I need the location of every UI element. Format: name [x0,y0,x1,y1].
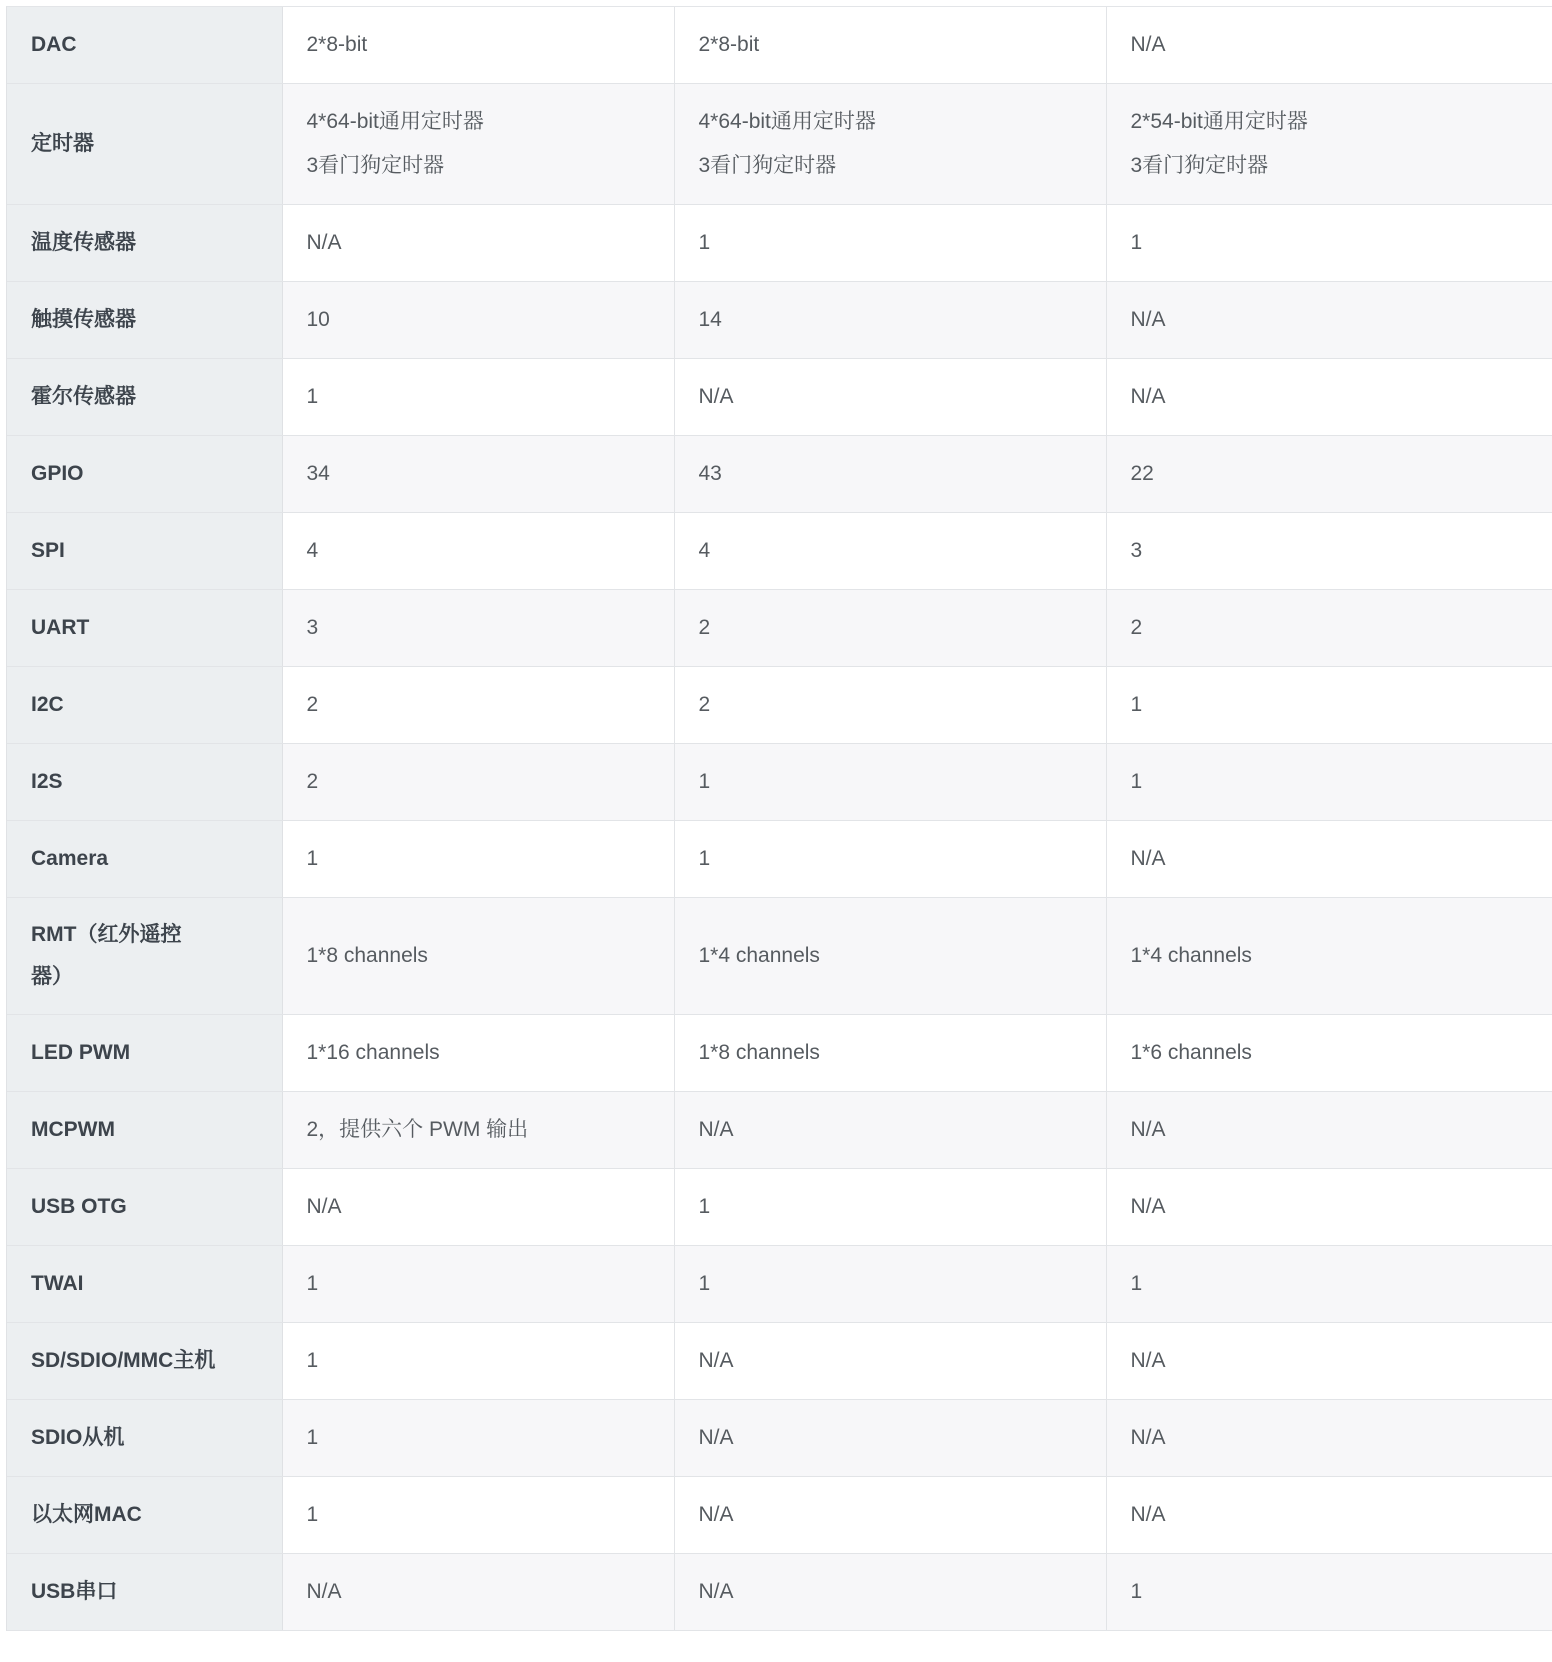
value-cell: 2 [282,667,674,744]
value-cell: N/A [282,1554,674,1631]
value-cell: 2*8-bit [674,7,1106,84]
feature-cell: UART [7,590,282,667]
value-cell: 14 [674,282,1106,359]
value-cell: 4*64-bit通用定时器 3看门狗定时器 [282,84,674,205]
table-row: LED PWM 1*16 channels 1*8 channels 1*6 c… [7,1015,1552,1092]
table-row: UART 3 2 2 [7,590,1552,667]
value-cell: 1 [674,821,1106,898]
table-row: DAC 2*8-bit 2*8-bit N/A [7,7,1552,84]
table-row: Camera 1 1 N/A [7,821,1552,898]
value-cell: 1 [674,1169,1106,1246]
value-cell: 1 [674,1246,1106,1323]
value-cell: 4*64-bit通用定时器 3看门狗定时器 [674,84,1106,205]
value-cell: N/A [674,359,1106,436]
feature-cell: 以太网MAC [7,1477,282,1554]
value-cell: 2*8-bit [282,7,674,84]
value-cell: 2 [282,744,674,821]
table-row: 以太网MAC 1 N/A N/A [7,1477,1552,1554]
value-cell: 1 [674,744,1106,821]
value-cell: N/A [674,1400,1106,1477]
table-row: RMT（红外遥控 器） 1*8 channels 1*4 channels 1*… [7,898,1552,1015]
table-row: SPI 4 4 3 [7,513,1552,590]
value-cell: 1*4 channels [1106,898,1552,1015]
table-row: USB OTG N/A 1 N/A [7,1169,1552,1246]
feature-cell: Camera [7,821,282,898]
value-cell: 2 [674,590,1106,667]
table-row: 触摸传感器 10 14 N/A [7,282,1552,359]
feature-cell: GPIO [7,436,282,513]
feature-cell: RMT（红外遥控 器） [7,898,282,1015]
feature-cell: USB OTG [7,1169,282,1246]
table-row: TWAI 1 1 1 [7,1246,1552,1323]
value-cell: 1 [282,1323,674,1400]
table-row: SDIO从机 1 N/A N/A [7,1400,1552,1477]
spec-table-container: DAC 2*8-bit 2*8-bit N/A 定时器 4*64-bit通用定时… [6,6,1552,1631]
feature-cell: LED PWM [7,1015,282,1092]
value-cell: 1*6 channels [1106,1015,1552,1092]
value-cell: N/A [1106,1323,1552,1400]
value-cell: N/A [1106,359,1552,436]
value-cell: 1 [282,359,674,436]
feature-cell: SPI [7,513,282,590]
table-row: I2C 2 2 1 [7,667,1552,744]
table-row: I2S 2 1 1 [7,744,1552,821]
value-cell: N/A [1106,1477,1552,1554]
value-cell: N/A [1106,7,1552,84]
value-cell: 3 [282,590,674,667]
table-row: GPIO 34 43 22 [7,436,1552,513]
value-cell: 1 [1106,744,1552,821]
value-cell: N/A [674,1323,1106,1400]
table-row: SD/SDIO/MMC主机 1 N/A N/A [7,1323,1552,1400]
value-cell: 1 [1106,205,1552,282]
feature-cell: 霍尔传感器 [7,359,282,436]
value-cell: N/A [1106,821,1552,898]
value-cell: 22 [1106,436,1552,513]
value-cell: N/A [674,1554,1106,1631]
table-row: 定时器 4*64-bit通用定时器 3看门狗定时器 4*64-bit通用定时器 … [7,84,1552,205]
value-cell: N/A [282,205,674,282]
value-cell: 2 [1106,590,1552,667]
value-cell: N/A [674,1092,1106,1169]
value-cell: 10 [282,282,674,359]
table-row: MCPWM 2，提供六个 PWM 输出 N/A N/A [7,1092,1552,1169]
feature-cell: SD/SDIO/MMC主机 [7,1323,282,1400]
value-cell: 1 [282,1477,674,1554]
value-cell: 1 [282,1400,674,1477]
feature-cell: 温度传感器 [7,205,282,282]
value-cell: 2，提供六个 PWM 输出 [282,1092,674,1169]
table-row: 温度传感器 N/A 1 1 [7,205,1552,282]
value-cell: 4 [282,513,674,590]
value-cell: N/A [1106,1092,1552,1169]
value-cell: N/A [1106,1400,1552,1477]
feature-cell: DAC [7,7,282,84]
value-cell: 34 [282,436,674,513]
value-cell: 3 [1106,513,1552,590]
feature-cell: I2S [7,744,282,821]
feature-cell: MCPWM [7,1092,282,1169]
table-row: 霍尔传感器 1 N/A N/A [7,359,1552,436]
feature-cell: USB串口 [7,1554,282,1631]
feature-cell: SDIO从机 [7,1400,282,1477]
value-cell: 43 [674,436,1106,513]
spec-table: DAC 2*8-bit 2*8-bit N/A 定时器 4*64-bit通用定时… [7,7,1552,1631]
value-cell: 1*16 channels [282,1015,674,1092]
value-cell: N/A [1106,282,1552,359]
value-cell: 1 [1106,1246,1552,1323]
spec-table-body: DAC 2*8-bit 2*8-bit N/A 定时器 4*64-bit通用定时… [7,7,1552,1631]
table-row: USB串口 N/A N/A 1 [7,1554,1552,1631]
value-cell: 1 [282,1246,674,1323]
value-cell: 1*8 channels [282,898,674,1015]
value-cell: N/A [674,1477,1106,1554]
feature-cell: 定时器 [7,84,282,205]
value-cell: N/A [282,1169,674,1246]
value-cell: N/A [1106,1169,1552,1246]
value-cell: 1 [674,205,1106,282]
feature-cell: 触摸传感器 [7,282,282,359]
value-cell: 1*8 channels [674,1015,1106,1092]
value-cell: 1 [282,821,674,898]
value-cell: 2 [674,667,1106,744]
value-cell: 4 [674,513,1106,590]
value-cell: 1 [1106,667,1552,744]
value-cell: 2*54-bit通用定时器 3看门狗定时器 [1106,84,1552,205]
feature-cell: TWAI [7,1246,282,1323]
value-cell: 1 [1106,1554,1552,1631]
feature-cell: I2C [7,667,282,744]
value-cell: 1*4 channels [674,898,1106,1015]
